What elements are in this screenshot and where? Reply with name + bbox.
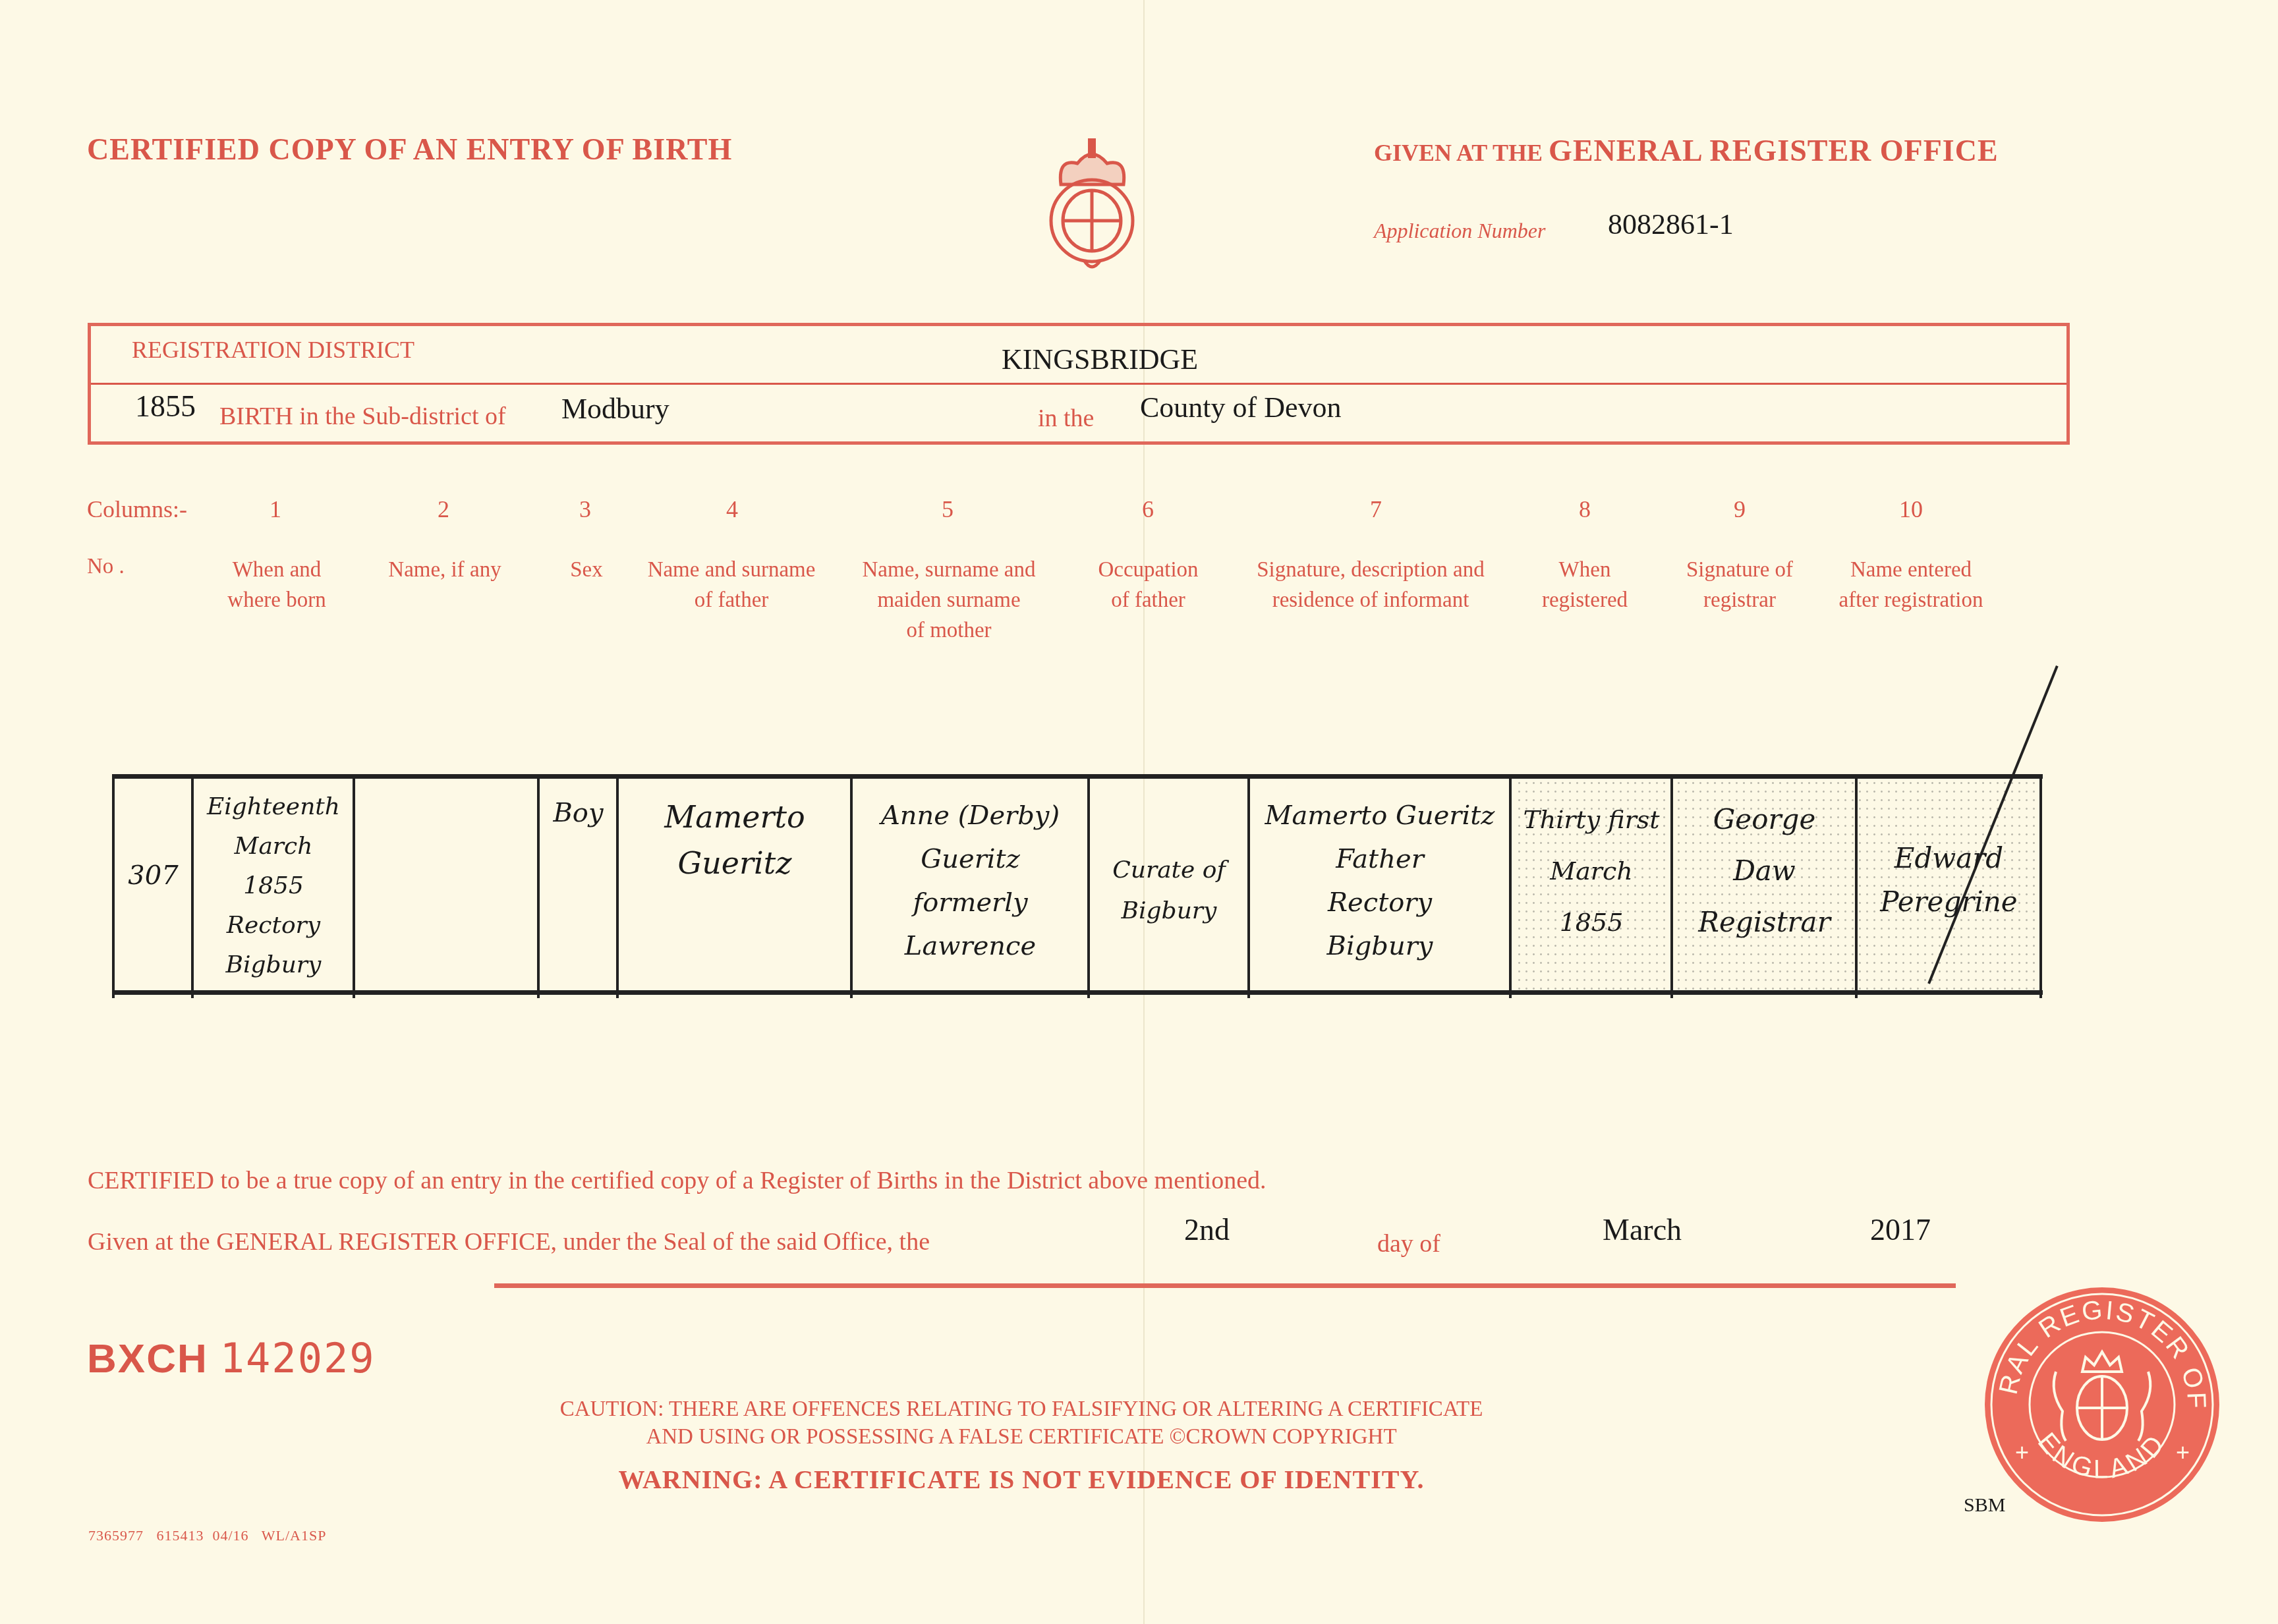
gro-seal-icon: GENERAL REGISTER OFFICE ENGLAND + + xyxy=(1983,1286,2221,1523)
column-number: 6 xyxy=(1128,495,1168,523)
signature-separator xyxy=(494,1283,1956,1288)
form-code: 7365977 615413 04/16 WL/A1SP xyxy=(88,1527,326,1544)
svg-text:+: + xyxy=(2176,1439,2190,1466)
registration-year: 1855 xyxy=(135,389,196,424)
entry-sex: Boy xyxy=(540,794,616,832)
entry-father: Mamerto Gueritz xyxy=(619,794,850,886)
entry-number: 307 xyxy=(115,856,191,895)
issue-year: 2017 xyxy=(1870,1212,1931,1247)
column-number: 4 xyxy=(712,495,752,523)
issue-day: 2nd xyxy=(1184,1212,1230,1247)
column-header: Name, surname and maiden surname of moth… xyxy=(847,555,1051,646)
given-at-heading: GIVEN AT THE GENERAL REGISTER OFFICE xyxy=(1374,133,1999,168)
entry-informant: Mamerto Gueritz Father Rectory Bigbury xyxy=(1251,794,1509,968)
entry-name-after-registration: Edward Peregrine xyxy=(1858,837,2039,924)
given-at-label: GIVEN AT THE xyxy=(1374,140,1543,166)
caution-notice: CAUTION: THERE ARE OFFENCES RELATING TO … xyxy=(494,1395,1549,1451)
column-header: Name, if any xyxy=(369,555,521,585)
office-name: GENERAL REGISTER OFFICE xyxy=(1549,134,1998,167)
serial-number: 142029 xyxy=(220,1334,376,1382)
identity-warning: WARNING: A CERTIFICATE IS NOT EVIDENCE O… xyxy=(494,1464,1549,1495)
no-column-header: No . xyxy=(87,555,125,579)
column-header: Sex xyxy=(547,555,626,585)
entry-registrar-signature: George Daw Registrar xyxy=(1674,794,1855,948)
entry-mother: Anne (Derby) Gueritz formerly Lawrence xyxy=(853,794,1087,968)
caution-line-1: CAUTION: THERE ARE OFFENCES RELATING TO … xyxy=(494,1395,1549,1423)
given-at-statement: Given at the GENERAL REGISTER OFFICE, un… xyxy=(88,1227,930,1256)
column-number: 5 xyxy=(928,495,967,523)
day-of-label: day of xyxy=(1377,1229,1440,1258)
column-number: 9 xyxy=(1720,495,1759,523)
registration-district-label: REGISTRATION DISTRICT xyxy=(132,336,414,364)
subdistrict-value: Modbury xyxy=(561,392,669,426)
entry-occupation: Curate of Bigbury xyxy=(1091,850,1247,932)
column-number: 10 xyxy=(1891,495,1931,523)
column-number: 3 xyxy=(565,495,605,523)
column-number: 7 xyxy=(1356,495,1396,523)
issue-month: March xyxy=(1603,1212,1682,1247)
column-header: Name entered after registration xyxy=(1819,555,2003,615)
subdistrict-label: BIRTH in the Sub-district of xyxy=(219,402,506,431)
column-number: 2 xyxy=(424,495,463,523)
application-number-label: Application Number xyxy=(1374,219,1545,243)
column-header: Signature of registrar xyxy=(1667,555,1812,615)
column-header: Signature, description and residence of … xyxy=(1239,555,1502,615)
columns-label: Columns:- xyxy=(87,495,187,523)
registration-district-value: KINGSBRIDGE xyxy=(1002,343,1198,376)
certified-statement: CERTIFIED to be a true copy of an entry … xyxy=(88,1166,1267,1195)
certificate-title: CERTIFIED COPY OF AN ENTRY OF BIRTH xyxy=(87,132,732,167)
certificate-serial: BXCH142029 xyxy=(87,1334,376,1382)
caution-line-2: AND USING OR POSSESSING A FALSE CERTIFIC… xyxy=(494,1423,1549,1451)
column-header: Occupation of father xyxy=(1071,555,1226,615)
entry-when-where-born: Eighteenth March 1855 Rectory Bigbury xyxy=(194,787,353,985)
column-header: When registered xyxy=(1516,555,1654,615)
column-header: Name and surname of father xyxy=(633,555,830,615)
serial-prefix: BXCH xyxy=(87,1336,208,1382)
svg-text:+: + xyxy=(2015,1439,2029,1466)
column-number: 1 xyxy=(256,495,295,523)
application-number: 8082861-1 xyxy=(1608,208,1734,241)
entry-when-registered: Thirty first March 1855 xyxy=(1512,794,1670,948)
in-the-label: in the xyxy=(1038,404,1094,433)
column-header: When and where born xyxy=(198,555,356,615)
royal-crest-icon xyxy=(1038,138,1147,277)
signatory-initials: SBM xyxy=(1964,1494,2005,1517)
county-value: County of Devon xyxy=(1140,391,1342,424)
column-number: 8 xyxy=(1565,495,1605,523)
